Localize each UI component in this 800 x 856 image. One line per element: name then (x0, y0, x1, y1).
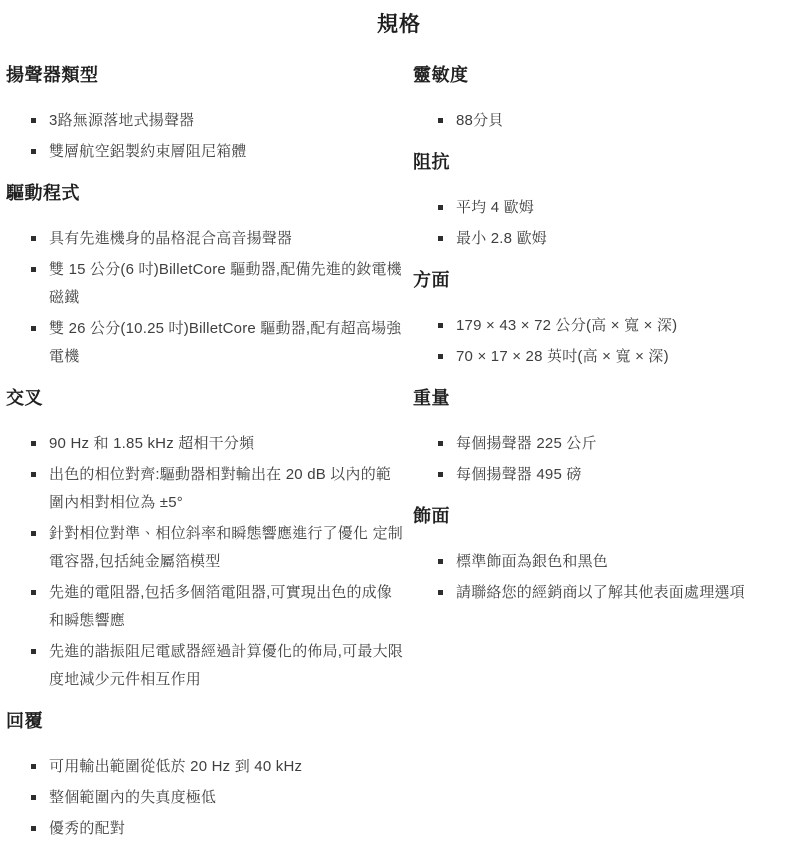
spec-list-speaker-type: 3路無源落地式揚聲器 雙層航空鋁製約束層阻尼箱體 (6, 107, 405, 166)
section-heading-finish: 飾面 (413, 504, 792, 528)
spec-item: 優秀的配對 (31, 815, 405, 843)
section-drivers: 驅動程式 具有先進機身的晶格混合高音揚聲器 雙 15 公分(6 吋)Billet… (6, 181, 405, 371)
section-weight: 重量 每個揚聲器 225 公斤 每個揚聲器 495 磅 (413, 386, 792, 489)
spec-item: 具有先進機身的晶格混合高音揚聲器 (31, 225, 405, 253)
right-column: 靈敏度 88分貝 阻抗 平均 4 歐姆 最小 2.8 歐姆 方面 179 × 4… (413, 48, 792, 610)
spec-item: 可用輸出範圍從低於 20 Hz 到 40 kHz (31, 753, 405, 781)
spec-item: 最小 2.8 歐姆 (438, 225, 792, 253)
spec-list-drivers: 具有先進機身的晶格混合高音揚聲器 雙 15 公分(6 吋)BilletCore … (6, 225, 405, 371)
spec-list-dimensions: 179 × 43 × 72 公分(高 × 寬 × 深) 70 × 17 × 28… (413, 312, 792, 371)
section-response: 回覆 可用輸出範圍從低於 20 Hz 到 40 kHz 整個範圍內的失真度極低 … (6, 709, 405, 843)
spec-item: 90 Hz 和 1.85 kHz 超相干分頻 (31, 430, 405, 458)
section-heading-speaker-type: 揚聲器類型 (6, 63, 405, 87)
section-crossover: 交叉 90 Hz 和 1.85 kHz 超相干分頻 出色的相位對齊:驅動器相對輸… (6, 386, 405, 694)
section-speaker-type: 揚聲器類型 3路無源落地式揚聲器 雙層航空鋁製約束層阻尼箱體 (6, 63, 405, 166)
section-impedance: 阻抗 平均 4 歐姆 最小 2.8 歐姆 (413, 150, 792, 253)
section-heading-impedance: 阻抗 (413, 150, 792, 174)
spec-item: 每個揚聲器 225 公斤 (438, 430, 792, 458)
spec-list-sensitivity: 88分貝 (413, 107, 792, 135)
section-dimensions: 方面 179 × 43 × 72 公分(高 × 寬 × 深) 70 × 17 ×… (413, 268, 792, 371)
spec-list-impedance: 平均 4 歐姆 最小 2.8 歐姆 (413, 194, 792, 253)
spec-item: 雙 26 公分(10.25 吋)BilletCore 驅動器,配有超高場強電機 (31, 315, 405, 371)
section-heading-dimensions: 方面 (413, 268, 792, 292)
specs-page: 規格 揚聲器類型 3路無源落地式揚聲器 雙層航空鋁製約束層阻尼箱體 驅動程式 具… (0, 0, 800, 856)
spec-item: 出色的相位對齊:驅動器相對輸出在 20 dB 以內的範圍內相對相位為 ±5° (31, 461, 405, 517)
spec-item: 先進的電阻器,包括多個箔電阻器,可實現出色的成像和瞬態響應 (31, 579, 405, 635)
spec-list-crossover: 90 Hz 和 1.85 kHz 超相干分頻 出色的相位對齊:驅動器相對輸出在 … (6, 430, 405, 694)
spec-item: 179 × 43 × 72 公分(高 × 寬 × 深) (438, 312, 792, 340)
spec-list-weight: 每個揚聲器 225 公斤 每個揚聲器 495 磅 (413, 430, 792, 489)
section-heading-response: 回覆 (6, 709, 405, 733)
spec-item: 請聯絡您的經銷商以了解其他表面處理選項 (438, 579, 792, 607)
section-heading-drivers: 驅動程式 (6, 181, 405, 205)
page-title: 規格 (6, 8, 792, 38)
section-heading-crossover: 交叉 (6, 386, 405, 410)
spec-item: 針對相位對準、相位斜率和瞬態響應進行了優化 定制電容器,包括純金屬箔模型 (31, 520, 405, 576)
spec-list-response: 可用輸出範圍從低於 20 Hz 到 40 kHz 整個範圍內的失真度極低 優秀的… (6, 753, 405, 843)
left-column: 揚聲器類型 3路無源落地式揚聲器 雙層航空鋁製約束層阻尼箱體 驅動程式 具有先進… (6, 48, 405, 846)
spec-item: 先進的諧振阻尼電感器經過計算優化的佈局,可最大限度地減少元件相互作用 (31, 638, 405, 694)
section-finish: 飾面 標準飾面為銀色和黑色 請聯絡您的經銷商以了解其他表面處理選項 (413, 504, 792, 607)
section-heading-sensitivity: 靈敏度 (413, 63, 792, 87)
spec-columns: 揚聲器類型 3路無源落地式揚聲器 雙層航空鋁製約束層阻尼箱體 驅動程式 具有先進… (6, 48, 792, 846)
spec-item: 88分貝 (438, 107, 792, 135)
section-heading-weight: 重量 (413, 386, 792, 410)
spec-item: 雙層航空鋁製約束層阻尼箱體 (31, 138, 405, 166)
spec-item: 標準飾面為銀色和黑色 (438, 548, 792, 576)
spec-item: 雙 15 公分(6 吋)BilletCore 驅動器,配備先進的釹電機磁鐵 (31, 256, 405, 312)
spec-item: 70 × 17 × 28 英吋(高 × 寬 × 深) (438, 343, 792, 371)
section-sensitivity: 靈敏度 88分貝 (413, 63, 792, 135)
spec-item: 3路無源落地式揚聲器 (31, 107, 405, 135)
spec-item: 每個揚聲器 495 磅 (438, 461, 792, 489)
spec-item: 整個範圍內的失真度極低 (31, 784, 405, 812)
spec-item: 平均 4 歐姆 (438, 194, 792, 222)
spec-list-finish: 標準飾面為銀色和黑色 請聯絡您的經銷商以了解其他表面處理選項 (413, 548, 792, 607)
